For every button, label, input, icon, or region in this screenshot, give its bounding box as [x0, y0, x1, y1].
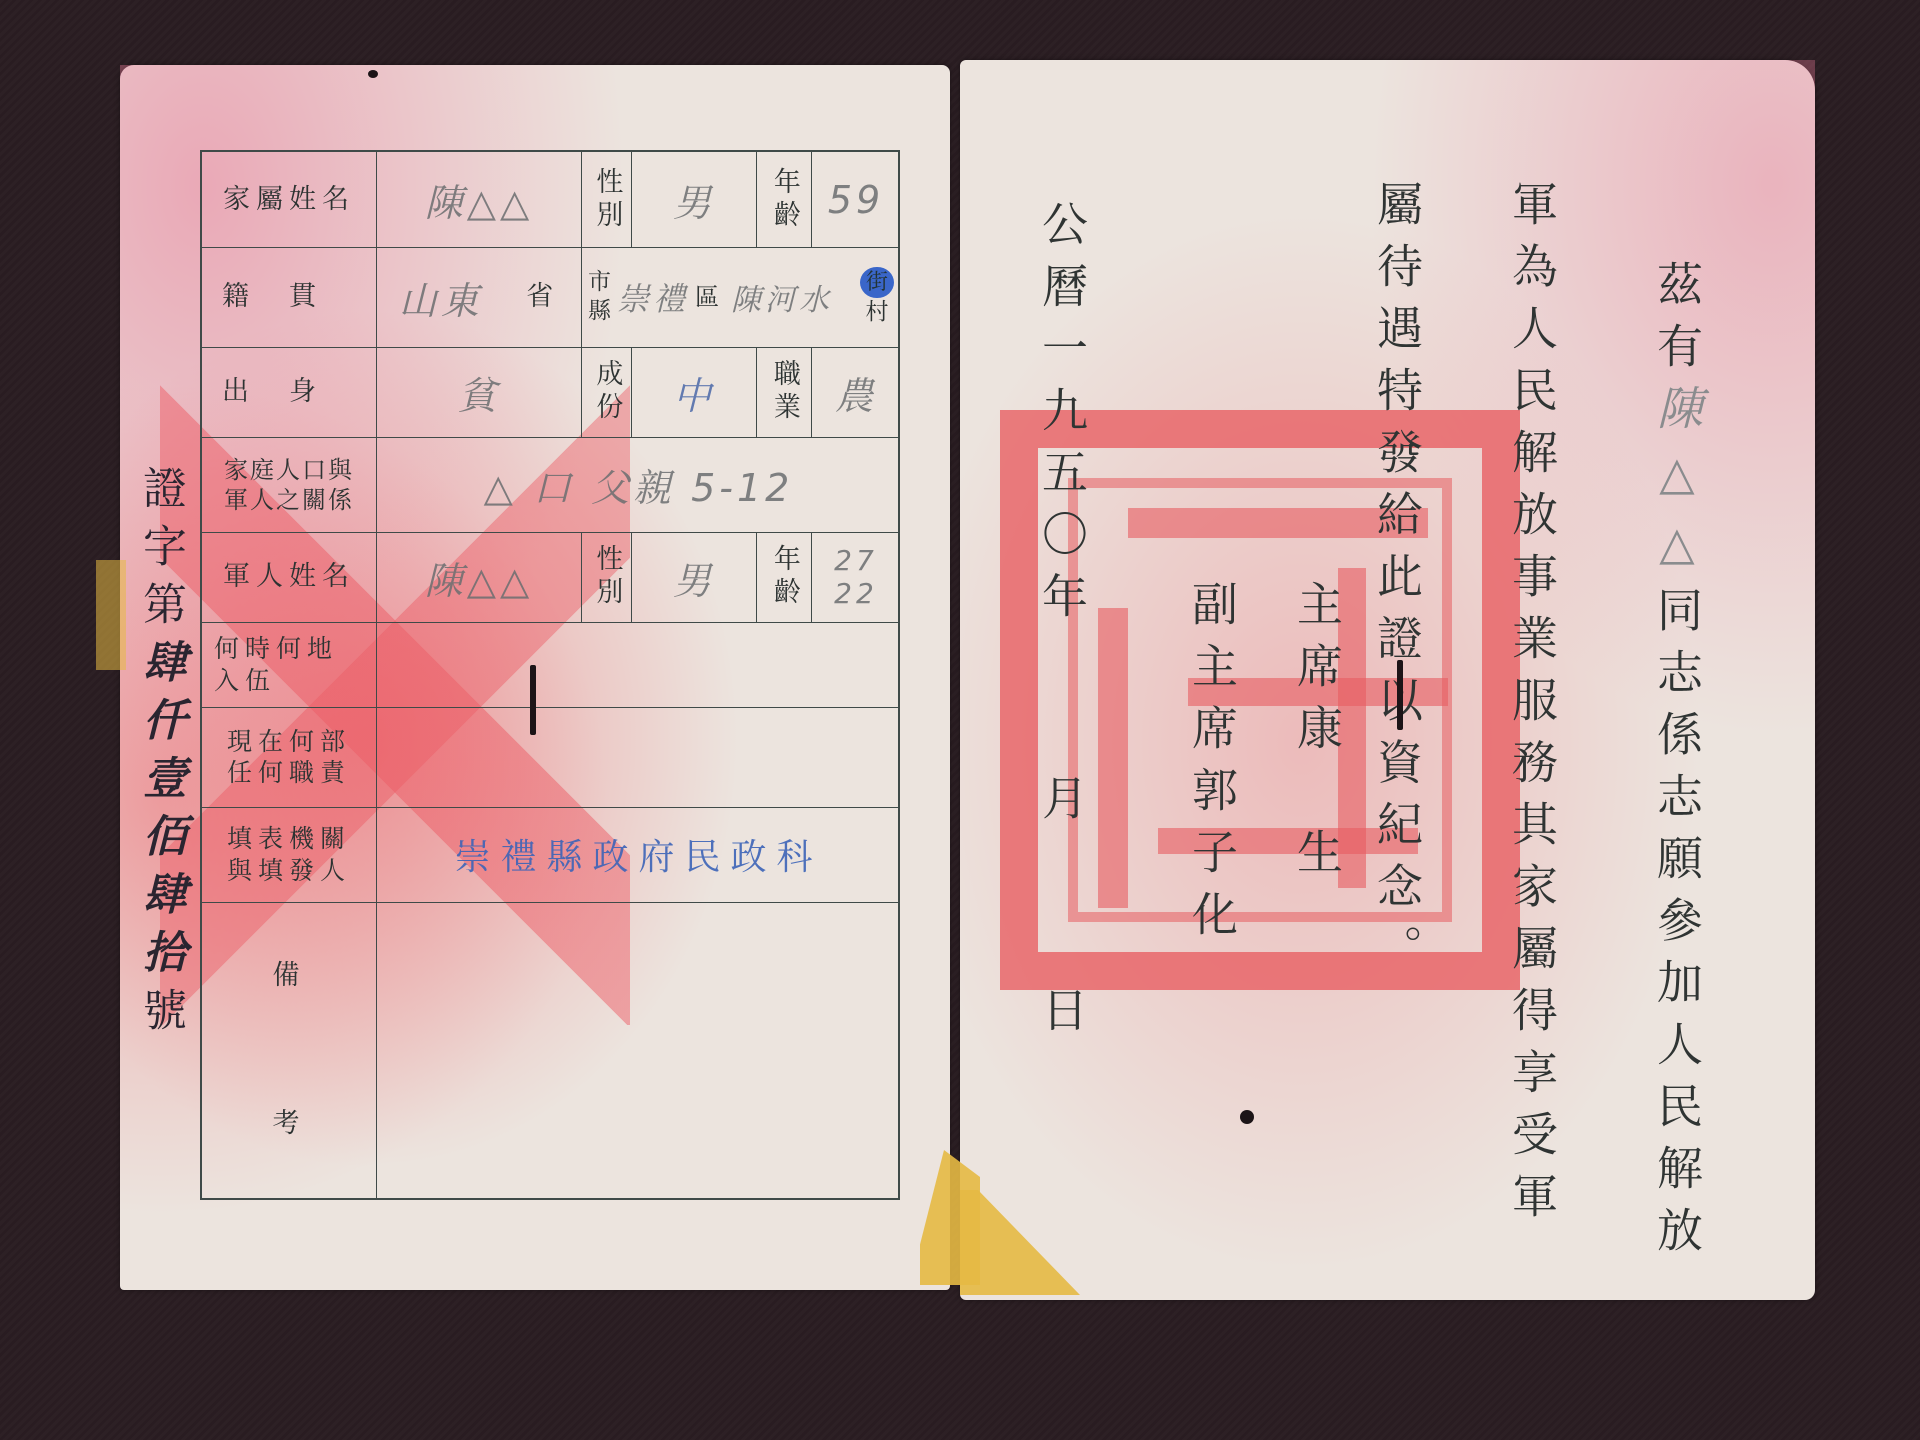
- paper-tear: [530, 665, 536, 735]
- left-page: 證字第肆仟壹佰肆拾號 家屬姓名 陳△△ 性別 男 年齡 59 籍貫 山東 省 市…: [120, 65, 950, 1290]
- text-era: 公曆: [1035, 200, 1089, 324]
- certificate-text-col-1: 茲有陳△△同志係志願參加人民解放: [1654, 260, 1700, 1268]
- signature-chairman: 主席康 生: [1294, 580, 1340, 890]
- text-hereby: 茲有: [1650, 260, 1704, 384]
- row-native-place: 籍貫 山東 省 市 縣 崇禮 區 陳河水 街 村: [202, 247, 898, 348]
- label-remarks-top: 備: [273, 959, 306, 993]
- value-county: 崇禮: [617, 274, 689, 320]
- row-issuing-authority: 填表機關 與填發人 崇禮縣政府民政科: [202, 807, 898, 903]
- text-vice-name: 郭子化: [1185, 766, 1239, 952]
- value-family-name: 陳△△: [425, 172, 533, 227]
- label-soldier-age: 年齡: [767, 544, 801, 610]
- label-unit-line1: 現在何部: [227, 726, 351, 757]
- text-chair-title: 席: [1290, 642, 1344, 704]
- row-enlistment: 何時何地 入伍: [202, 622, 898, 708]
- certificate-text-col-3: 屬待遇特發給此證以資紀念。: [1374, 180, 1420, 986]
- text-volunteer-clause: 同志係志願參加人民解放: [1650, 586, 1704, 1268]
- row-family-name: 家屬姓名 陳△△ 性別 男 年齡 59: [202, 152, 898, 248]
- label-soldier-name: 軍人姓名: [223, 560, 355, 594]
- label-occupation: 職業: [767, 359, 801, 425]
- label-background: 出身: [222, 375, 356, 409]
- label-remarks-bottom: 考: [273, 1107, 306, 1141]
- row-family-relation: 家庭人口與 軍人之關係 △ 口 父親 5-12: [202, 437, 898, 533]
- label-family-name: 家屬姓名: [223, 183, 355, 217]
- label-class-status: 成份: [590, 359, 624, 425]
- text-year: 一九五〇: [1035, 324, 1089, 572]
- label-relation-line2: 軍人之關係: [224, 485, 354, 515]
- label-soldier-sex: 性別: [590, 544, 624, 610]
- row-current-unit: 現在何部 任何職責: [202, 707, 898, 808]
- label-city: 市: [588, 268, 611, 297]
- value-relation: △ 口 父親 5-12: [484, 457, 794, 512]
- registration-form-table: 家屬姓名 陳△△ 性別 男 年齡 59 籍貫 山東 省 市 縣 崇禮 區 陳河水: [200, 150, 900, 1200]
- value-soldier-name: 陳△△: [425, 550, 533, 605]
- text-chair-prefix: 主: [1290, 580, 1344, 642]
- value-province: 山東: [399, 270, 483, 325]
- label-unit-line2: 任何職責: [227, 757, 351, 788]
- text-vice-title: 主席: [1185, 642, 1239, 766]
- label-authority-line2: 與填發人: [227, 855, 351, 886]
- label-relation-line1: 家庭人口與: [224, 455, 354, 485]
- value-district: 陳河水: [731, 275, 833, 319]
- label-province: 省: [526, 280, 559, 314]
- value-sex: 男: [673, 172, 715, 227]
- row-soldier-name: 軍人姓名 陳△△ 性別 男 年齡 27 22: [202, 532, 898, 623]
- row-remarks: 備 考: [202, 902, 898, 1198]
- text-chair-name: 康 生: [1290, 704, 1344, 890]
- label-county: 縣: [588, 297, 611, 326]
- serial-suffix: 號: [135, 987, 186, 1045]
- text-year-unit: 年: [1035, 572, 1089, 634]
- serial-number: 證字第肆仟壹佰肆拾號: [128, 465, 192, 1045]
- text-vice-prefix: 副: [1185, 580, 1239, 642]
- serial-handwritten-number: 肆仟壹佰肆拾: [135, 639, 186, 987]
- right-page: 茲有陳△△同志係志願參加人民解放 軍為人民解放事業服務其家屬得享受軍 屬待遇特發…: [960, 60, 1815, 1300]
- paper-tear: [1397, 660, 1403, 730]
- value-occupation: 農: [835, 365, 877, 420]
- text-day-unit: 日: [1035, 986, 1089, 1048]
- value-issuing-authority: 崇禮縣政府民政科: [454, 829, 822, 880]
- value-soldier-age-2: 22: [834, 577, 878, 610]
- label-sex: 性別: [590, 167, 624, 233]
- value-background: 貧: [458, 365, 500, 420]
- serial-prefix: 證字第: [135, 465, 186, 639]
- paper-hole: [1240, 1110, 1254, 1124]
- label-enlistment-line2: 入伍: [214, 665, 276, 696]
- signature-vice-chairman: 副主席郭子化: [1189, 580, 1235, 952]
- adhesive-tape-left: [96, 560, 126, 670]
- label-native-place: 籍貫: [222, 280, 356, 314]
- label-district: 區: [695, 282, 725, 312]
- paper-hole: [368, 70, 378, 78]
- label-enlistment-line1: 何時何地: [214, 633, 338, 664]
- label-street: 街: [860, 267, 894, 299]
- certificate-text-col-2: 軍為人民解放事業服務其家屬得享受軍: [1509, 180, 1555, 1234]
- label-age: 年齡: [767, 167, 801, 233]
- value-soldier-age-1: 27: [834, 544, 878, 577]
- value-honoree-name: 陳△△: [1650, 384, 1704, 586]
- value-age: 59: [828, 178, 884, 222]
- row-background: 出身 貧 成份 中 職業 農: [202, 347, 898, 438]
- label-authority-line1: 填表機關: [227, 823, 351, 854]
- value-soldier-sex: 男: [673, 550, 715, 605]
- value-class-status: 中: [673, 365, 715, 420]
- issue-date: 公曆一九五〇年月日: [1039, 200, 1085, 1100]
- label-village: 村: [860, 298, 894, 327]
- text-month-unit: 月: [1035, 774, 1089, 836]
